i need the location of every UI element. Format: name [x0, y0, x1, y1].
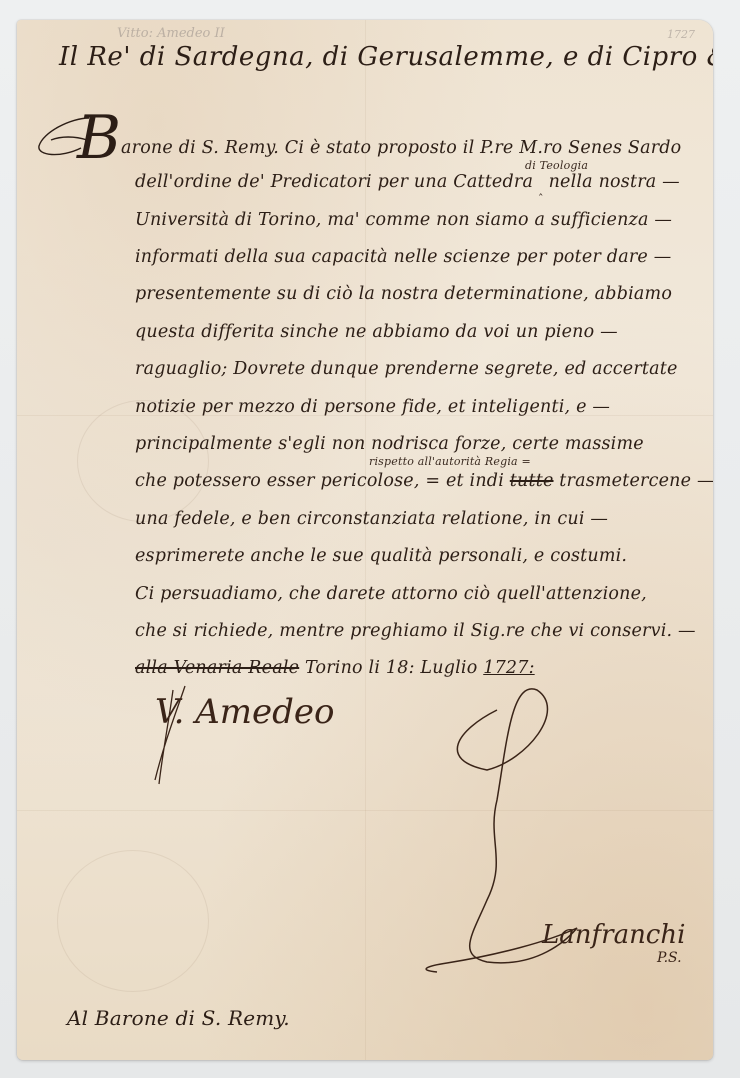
signature-king-flourish	[147, 680, 197, 790]
body-line-2a: dell'ordine de' Predicatori per una Catt…	[135, 172, 533, 192]
body-line-11: una fedele, e ben circonstanziata relati…	[135, 509, 608, 529]
body-line-8: notizie per mezzo di persone fide, et in…	[135, 397, 610, 417]
body-line-10a: che potessero esser pericolose, = et ind…	[135, 471, 504, 491]
struck-word: tutte	[510, 471, 554, 491]
struck-place: alla Venaria Reale	[135, 658, 299, 678]
caret-mark: ‸	[539, 183, 543, 196]
archival-pencil-note-right: 1727	[667, 28, 695, 41]
body-line-12: esprimerete anche le sue qualità persona…	[135, 546, 627, 566]
body-line-6: questa differita sinche ne abbiamo da vo…	[135, 322, 618, 342]
letter-heading: Il Re' di Sardegna, di Gerusalemme, e di…	[59, 42, 713, 72]
photo-background: Vitto: Amedeo II 1727 Il Re' di Sardegna…	[0, 0, 740, 1078]
body-line-14: che si richiede, mentre preghiamo il Sig…	[135, 621, 696, 641]
address-line: Al Barone di S. Remy.	[67, 1006, 290, 1030]
dateline-place-date: Torino li 18: Luglio	[305, 658, 478, 678]
body-line-13: Ci persuadiamo, che darete attorno ciò q…	[135, 584, 647, 604]
dateline: alla Venaria Reale Torino li 18: Luglio …	[135, 658, 535, 678]
body-line-2: dell'ordine de' Predicatori per una Catt…	[135, 172, 680, 196]
signature-secretary: Lanfranchi	[542, 920, 685, 950]
archival-pencil-note-left: Vitto: Amedeo II	[117, 26, 225, 41]
interlinear-insertion-theology: di Teologia	[525, 159, 588, 172]
body-line-5: presentemente su di ciò la nostra determ…	[135, 284, 672, 304]
interlinear-insertion-royal-authority: rispetto all'autorità Regia =	[369, 455, 531, 468]
body-line-4: informati della sua capacità nelle scien…	[135, 247, 671, 267]
seal-impression-ghost	[57, 850, 209, 992]
dateline-year: 1727:	[483, 658, 534, 678]
body-line-2b: nella nostra —	[549, 172, 680, 192]
body-line-3: Università di Torino, ma' comme non siam…	[135, 210, 672, 230]
letter-paper: Vitto: Amedeo II 1727 Il Re' di Sardegna…	[17, 20, 713, 1060]
body-line-7: raguaglio; Dovrete dunque prenderne segr…	[135, 359, 678, 379]
dropcap-letter: B	[77, 108, 121, 168]
body-line-9: principalmente s'egli non nodrisca forze…	[135, 434, 644, 454]
seal-impression-ghost	[77, 400, 209, 522]
body-line-1: arone di S. Remy. Ci è stato proposto il…	[121, 138, 681, 158]
body-line-10: che potessero esser pericolose, = et ind…	[135, 471, 713, 491]
signature-secretary-suffix: P.S.	[657, 950, 682, 966]
body-line-10b: trasmetercene —	[559, 471, 713, 491]
